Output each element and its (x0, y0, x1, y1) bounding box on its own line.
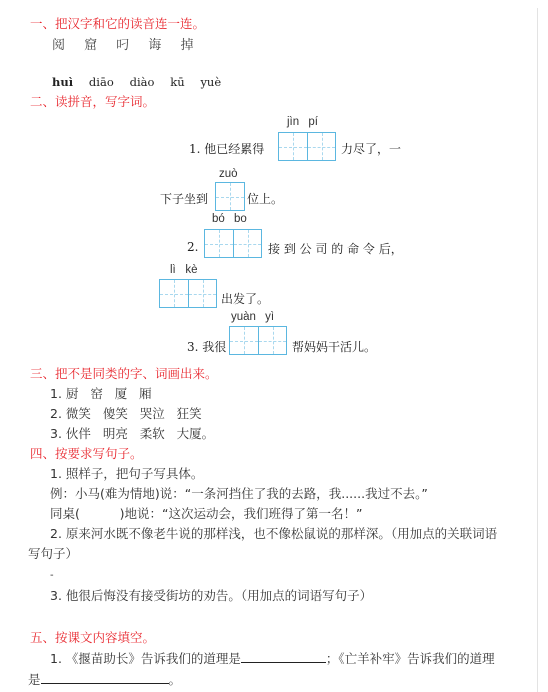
q2-line1: 2. 原来河水既不像老牛说的那样浅，也不像松鼠说的那样深。（用加点的关联词语 (50, 524, 497, 542)
section1-heading: 一、把汉字和它的读音连一连。 (30, 14, 205, 32)
answer-dash: - (50, 570, 54, 581)
character-row: 阅 窟 叼 诲 掉 (52, 34, 207, 53)
char: 掉 (180, 34, 193, 53)
pinyin: diāo (89, 75, 114, 89)
list-item: 1. 厨 窑 厦 厢 (50, 384, 152, 402)
writing-grid[interactable] (229, 326, 287, 355)
writing-grid[interactable] (215, 182, 245, 211)
pinyin-label: lì kè (170, 264, 197, 276)
pinyin: yuè (200, 75, 221, 89)
q1-text-after: 力尽了，一 (341, 140, 401, 157)
q1-line2-after: 位上。 (247, 190, 283, 207)
q1-task: 同桌( )地说：“这次运动会，我们班得了第一名！” (50, 504, 362, 522)
q1-end: 。 (169, 672, 182, 687)
pinyin-label: jìn pí (287, 116, 318, 128)
list-item: 3. 伙伴 明亮 柔软 大厦。 (50, 424, 214, 442)
q3: 3. 他很后悔没有接受街坊的劝告。（用加点的词语写句子） (50, 586, 372, 604)
q1-line1: 1. 《揠苗助长》告诉我们的道理是；《亡羊补牢》告诉我们的道理 (50, 649, 495, 667)
section4-heading: 四、按要求写句子。 (30, 444, 143, 462)
writing-grid[interactable] (204, 229, 262, 258)
page-edge (537, 8, 538, 692)
q1-line2-before: 下子坐到 (160, 190, 208, 207)
char: 窟 (84, 34, 97, 53)
pinyin-label: yuàn yì (231, 311, 274, 323)
answer-blank[interactable] (41, 671, 169, 684)
section3-heading: 三、把不是同类的字、词画出来。 (30, 364, 218, 382)
char: 阅 (52, 34, 65, 53)
q2-text-after: 接 到 公 司 的 命 令 后， (268, 240, 403, 257)
q1-text-before: 1. 他已经累得 (189, 140, 264, 157)
pinyin-label: zuò (219, 168, 238, 180)
q2-line2: 写句子） (28, 544, 78, 562)
pinyin-row: huì diāo diào kū yuè (52, 75, 233, 89)
list-item: 2. 微笑 傻笑 哭泣 狂笑 (50, 404, 202, 422)
q1-text-c: 是 (28, 672, 41, 687)
section2-heading: 二、读拼音，写字词。 (30, 92, 155, 110)
writing-grid[interactable] (159, 279, 217, 308)
q3-text-after: 帮妈妈干活儿。 (292, 338, 376, 355)
q1-text-a: 1. 《揠苗助长》告诉我们的道理是 (50, 651, 241, 666)
char: 叼 (116, 34, 129, 53)
pinyin-label: bó bo (212, 213, 247, 225)
q1-example: 例：小马(难为情地)说：“一条河挡住了我的去路，我......我过不去。” (50, 484, 428, 502)
q2-line2-after: 出发了。 (221, 290, 269, 307)
answer-blank[interactable] (241, 650, 326, 663)
char: 诲 (148, 34, 161, 53)
section5-heading: 五、按课文内容填空。 (30, 628, 155, 646)
q2-text-before: 2. (187, 240, 198, 254)
pinyin: kū (170, 75, 184, 89)
q1-line2: 是。 (28, 670, 181, 688)
pinyin: huì (52, 75, 73, 89)
q1-label: 1. 照样子，把句子写具体。 (50, 464, 203, 482)
q3-text-before: 3. 我很 (187, 338, 226, 355)
writing-grid[interactable] (278, 132, 336, 161)
q1-text-b: ；《亡羊补牢》告诉我们的道理 (326, 651, 495, 666)
pinyin: diào (130, 75, 155, 89)
